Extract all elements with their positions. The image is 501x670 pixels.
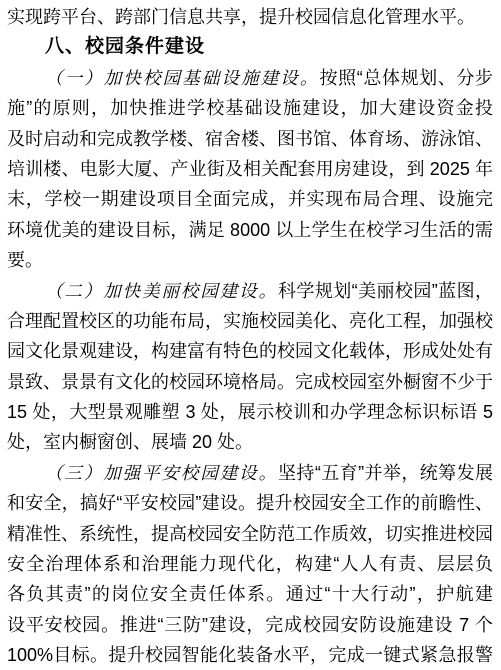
- text-line: 要。: [7, 245, 493, 275]
- text-line: 及时启动和完成教学楼、宿舍楼、图书馆、体育场、游泳馆、: [7, 124, 493, 154]
- text-line: 和安全，搞好“平安校园”建设。提升校园安全工作的前瞻性、: [7, 488, 493, 518]
- text-line: （二）加快美丽校园建设。科学规划“美丽校园”蓝图，: [7, 276, 493, 306]
- text-line: 培训楼、电影大厦、产业街及相关配套用房建设，到 2025 年: [7, 154, 493, 184]
- text-line: （一）加快校园基础设施建设。按照“总体规划、分步实: [7, 63, 493, 93]
- body-text-run: 科学规划“美丽校园”蓝图，: [278, 281, 493, 301]
- text-line: 合理配置校区的功能布局，实施校园美化、亮化工程，加强校: [7, 306, 493, 336]
- text-line: 施”的原则，加快推进学校基础设施建设，加大建设资金投入，: [7, 93, 493, 123]
- text-line: 处，室内橱窗创、展墙 20 处。: [7, 427, 493, 457]
- text-line: 景致、景景有文化的校园环境格局。完成校园室外橱窗不少于: [7, 367, 493, 397]
- document-page: 实现跨平台、跨部门信息共享，提升校园信息化管理水平。 八、校园条件建设 （一）加…: [0, 0, 501, 670]
- text-line: 安全治理体系和治理能力现代化，构建“人人有责、层层负责、: [7, 549, 493, 579]
- body-text-run: 坚持“五育”并举，统筹发展: [278, 463, 493, 483]
- text-line: 园文化景观建设，构建富有特色的校园文化载体，形成处处有: [7, 336, 493, 366]
- text-line: 环境优美的建设目标，满足 8000 以上学生在校学习生活的需: [7, 215, 493, 245]
- text-line: 设平安校园。推进“三防”建设，完成校园安防设施建设 7 个: [7, 610, 493, 640]
- text-line: 精准性、系统性，提高校园安全防范工作质效，切实推进校园: [7, 519, 493, 549]
- text-line: 各负其责”的岗位安全责任体系。通过“十大行动”，护航建: [7, 579, 493, 609]
- text-line: 实现跨平台、跨部门信息共享，提升校园信息化管理水平。: [7, 2, 493, 32]
- text-line: 末，学校一期建设项目全面完成，并实现布局合理、设施完善、: [7, 184, 493, 214]
- paragraph-2: （二）加快美丽校园建设。科学规划“美丽校园”蓝图， 合理配置校区的功能布局，实施…: [7, 276, 493, 458]
- subitem-heading-run: （二）加快美丽校园建设。: [45, 281, 278, 301]
- text-line: （三）加强平安校园建设。坚持“五育”并举，统筹发展: [7, 458, 493, 488]
- paragraph-1: （一）加快校园基础设施建设。按照“总体规划、分步实 施”的原则，加快推进学校基础…: [7, 63, 493, 276]
- subitem-heading-run: （三）加强平安校园建设。: [45, 463, 278, 483]
- subitem-heading-run: （一）加快校园基础设施建设。: [45, 68, 320, 88]
- text-line: 15 处，大型景观雕塑 3 处，展示校训和办学理念标识标语 5: [7, 397, 493, 427]
- paragraph-3: （三）加强平安校园建设。坚持“五育”并举，统筹发展 和安全，搞好“平安校园”建设…: [7, 458, 493, 670]
- text-line: 100%目标。提升校园智能化装备水平，完成一键式紧急报警: [7, 640, 493, 670]
- section-heading: 八、校园条件建设: [7, 32, 493, 62]
